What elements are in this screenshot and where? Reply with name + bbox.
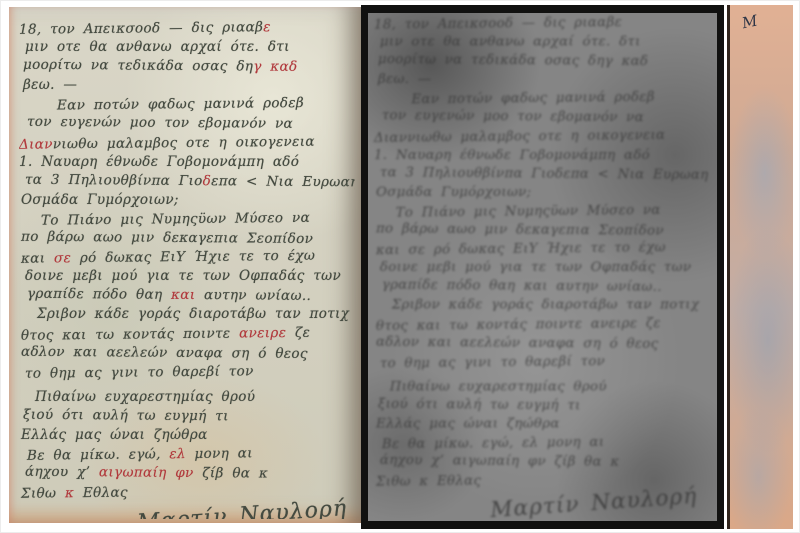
manuscript-line: ξιού ότι αυλή τω ευγμή τι <box>378 395 710 416</box>
red-ink-text: γ καδ <box>253 59 297 75</box>
ink-text: μοορίτω να τεδικάδα οσας δη <box>378 51 605 69</box>
ink-text: το θημ ας γινι το θαρεβί τον <box>25 363 254 381</box>
ink-text: δοινε μεβι μού για τε των Οφπαδάς των <box>25 268 341 284</box>
ink-text: νιωθω μαλαμβος οτε η οικογενεια <box>53 133 315 152</box>
ink-text: νιωθω μαλαμβος οτε η οικογενεια <box>407 127 665 145</box>
ink-text: μοορίτω να τεδικάδα οσας δη <box>23 57 253 75</box>
ink-text: θτος και τω κοντάς ποιντε <box>376 315 591 333</box>
red-ink-text: δ <box>203 173 212 189</box>
manuscript-line: τα 3 Πηλιουθβίνπα Γιοδεπα < Νια Ευρωαη <box>25 170 355 192</box>
ink-text: και <box>21 251 54 267</box>
manuscript-line: Πιθαίνω ευχαρεστημίας θρού <box>390 377 710 396</box>
ink-text: γραπίδε πόδο θαη <box>382 277 524 294</box>
red-ink-text: ε <box>614 14 622 30</box>
manuscript-line: γραπίδε πόδο θαη και αυτην ωνίαω.. <box>27 285 355 307</box>
manuscript-line: μιν οτε θα ανθανω αρχαί ότε. δτι <box>25 38 355 57</box>
ink-text: Σριβον κάδε γοράς διαροτάβω ταν ποτιχ <box>37 306 349 322</box>
ink-text: επα < Νια Ευρωαη <box>563 166 708 183</box>
manuscript-line: βεω. — <box>23 76 355 95</box>
red-ink-text: ε <box>263 19 271 35</box>
ink-text: Εαν ποτών φαδως μανινά ροδεβ <box>57 95 304 114</box>
manuscript-line: δοινε μεβι μού για τε των Οφπαδάς των <box>25 267 355 286</box>
manuscript-line: το θημ ας γινι το θαρεβί τον <box>380 351 710 373</box>
ink-text: ζε <box>637 315 661 331</box>
ink-text: Βε θα μίκω. εγώ, <box>382 435 522 452</box>
ink-text: αδλον και αεελεών αναφα ση ό θεος <box>21 343 308 361</box>
ink-text: Σιθω <box>21 486 65 502</box>
ink-text: ζε <box>286 324 310 340</box>
manuscript-line: Πιθαίνω ευχαρεστημίας θρού <box>35 388 355 407</box>
ink-text: μιν οτε θα ανθανω αρχαί ότε. δτι <box>380 34 641 50</box>
manuscript-line: γραπίδε πόδο θαη και αυτην ωνίαω.. <box>382 276 710 297</box>
manuscript-photo: 18, τον Απεικσοοδ — δις ριααβεμιν οτε θα… <box>0 0 800 533</box>
ink-text: Ελλάς μας ώναι ζηώθρα <box>376 416 560 432</box>
manuscript-line: μοορίτω να τεδικάδα οσας δηγ καδ <box>23 56 355 78</box>
ink-text: ξιού ότι αυλή τω ευγμή τι <box>23 407 229 425</box>
manuscript-line: ξιού ότι αυλή τω ευγμή τι <box>23 406 355 428</box>
ink-text: τα 3 Πηλιουθβίνπα Γιο <box>380 164 555 181</box>
ink-text: γραπίδε πόδο θαη <box>27 286 171 303</box>
red-ink-text: αιγωπαίη φν <box>99 464 194 481</box>
red-ink-text: σε <box>54 250 71 266</box>
ink-text: ξιού ότι αυλή τω ευγμή τι <box>378 396 581 413</box>
manuscript-line: το θημ ας γινι το θαρεβί τον <box>25 361 355 384</box>
red-ink-text: κ <box>419 473 428 489</box>
manuscript-line: Ελλάς μας ώναι ζηώθρα <box>21 426 355 445</box>
ink-text: ζίβ θα κ <box>546 453 620 469</box>
ink-text: αυτην ωνίαω.. <box>548 278 662 295</box>
manuscript-line: 18, τον Απεικσοοδ — δις ριααβε <box>374 13 710 35</box>
ink-text: τον ευγενών μοο τον εβομανόν να <box>382 108 644 126</box>
red-ink-text: και <box>524 278 548 294</box>
manuscript-line: και σε ρό δωκας ΕιΥ Ήχιε τε το έχω <box>376 238 710 260</box>
ink-text: μονη αι <box>186 445 253 462</box>
red-ink-text: και <box>171 287 195 303</box>
red-ink-text: Διαν <box>374 129 407 145</box>
ink-text: Εαν ποτών φαδως μανινά ροδεβ <box>411 89 654 107</box>
ink-text: Το Πιάνο μις Νυμηςϋων Μύσεο να <box>396 202 661 221</box>
ink-text: Σιθω <box>376 474 420 490</box>
ink-text: τον ευγενών μοο τον εβομανόν να <box>27 114 293 132</box>
ink-text: 18, τον Απεικσοοδ — δις ριααβ <box>374 14 615 32</box>
page-corner-mark: Μ <box>740 12 758 33</box>
manuscript-line: βεω. — <box>378 70 710 89</box>
ink-text: δοινε μεβι μού για τε των Οφπαδάς των <box>380 259 691 275</box>
ink-text: Βε θα μίκω. εγώ, <box>27 446 170 463</box>
manuscript-line: Διαννιωθω μαλαμβος οτε η οικογενεια <box>19 132 355 155</box>
manuscript-line: Σριβον κάδε γοράς διαροτάβω ταν ποτιχ <box>392 296 710 315</box>
manuscript-line: αδλον και αεελεών αναφα ση ό θεος <box>21 342 355 364</box>
ink-text: Πιθαίνω ευχαρεστημίας θρού <box>35 389 255 405</box>
red-ink-text: ανειρε <box>591 315 638 331</box>
manuscript-line: Διαννιωθω μαλαμβος οτε η οικογενεια <box>374 125 710 147</box>
ink-text: αδλον και αεελεών αναφα ση ό θεος <box>376 333 659 351</box>
red-ink-text: ελ <box>522 435 538 451</box>
ink-text: ζίβ θα κ <box>194 465 269 482</box>
ink-text: 1. Ναυαρη έθνωδε Γοβομονάμπη αδό <box>374 147 650 163</box>
ink-text: Πιθαίνω ευχαρεστημίας θρού <box>390 378 607 394</box>
manuscript-line: Ελλάς μας ώναι ζηώθρα <box>376 415 710 434</box>
manuscript-line: θτος και τω κοντάς ποιντε ανειρε ζε <box>376 313 710 335</box>
ink-text: Εθλας <box>74 485 128 502</box>
manuscript-text: 18, τον Απεικσοοδ — δις ριααβεμιν οτε θα… <box>19 17 355 519</box>
red-ink-text: ελ <box>169 446 186 462</box>
adjacent-page-sliver: Μ <box>727 5 793 529</box>
ink-text: Οσμάδα Γυμόρχοιων; <box>21 192 179 208</box>
manuscript-line: 1. Ναυαρη έθνωδε Γοβομονάμπη αδό <box>374 146 710 165</box>
ink-text: αυτην ωνίαω.. <box>195 287 311 304</box>
ink-text: τα 3 Πηλιουθβίνπα Γιο <box>25 171 203 188</box>
ink-text: Ελλάς μας ώναι ζηώθρα <box>21 427 208 443</box>
manuscript-line: Οσμάδα Γυμόρχοιων; <box>376 183 710 202</box>
ink-text: ρό δωκας ΕιΥ Ήχιε τε το έχω <box>71 248 315 267</box>
red-ink-text: Διαν <box>19 136 53 152</box>
ink-text: Εθλας <box>428 473 481 489</box>
ink-text: βεω. — <box>23 77 77 93</box>
ink-text: Σριβον κάδε γοράς διαροτάβω ταν ποτιχ <box>392 297 700 313</box>
manuscript-line: τα 3 Πηλιουθβίνπα Γιοδεπα < Νια Ευρωαη <box>380 163 710 184</box>
ink-text: και <box>376 242 409 258</box>
manuscript-line: και σε ρό δωκας ΕιΥ Ήχιε τε το έχω <box>21 246 355 269</box>
manuscript-line: μιν οτε θα ανθανω αρχαί ότε. δτι <box>380 33 710 52</box>
manuscript-line: 18, τον Απεικσοοδ — δις ριααβε <box>19 17 355 40</box>
photostat-text: 18, τον Απεικσοοδ — δις ριααβεμιν οτε θα… <box>374 14 710 512</box>
ink-text: το θημ ας γινι το θαρεβί τον <box>380 353 605 371</box>
photostat-paper: 18, τον Απεικσοοδ — δις ριααβεμιν οτε θα… <box>368 13 717 521</box>
ink-text: βεω. — <box>378 71 431 87</box>
ink-text: 1. Ναυαρη έθνωδε Γοβομονάμπη αδό <box>19 154 299 170</box>
red-ink-text: αιγωπαίη φν <box>453 453 546 469</box>
manuscript-line: τον ευγενών μοο τον εβομανόν να <box>382 107 710 128</box>
manuscript-line: τον ευγενών μοο τον εβομανόν να <box>27 113 355 135</box>
ink-text: Το Πιάνο μις Νυμηςϋων Μύσεο να <box>41 210 310 229</box>
ink-text: 18, τον Απεικσοοδ — δις ριααβ <box>19 19 263 38</box>
red-ink-text: σε <box>408 242 425 258</box>
photostat-copy-page: 18, τον Απεικσοοδ — δις ριααβεμιν οτε θα… <box>361 5 724 529</box>
ink-text: μονη αι <box>538 434 604 450</box>
red-ink-text: γ καδ <box>605 53 649 69</box>
manuscript-line: θτος και τω κοντάς ποιντε ανειρε ζε <box>21 323 355 346</box>
manuscript-line: 1. Ναυαρη έθνωδε Γοβομονάμπη αδό <box>19 153 355 172</box>
ink-text: άηχου χ’ <box>380 452 453 468</box>
manuscript-line: Οσμάδα Γυμόρχοιων; <box>21 191 355 210</box>
ink-text: Οσμάδα Γυμόρχοιων; <box>376 184 531 200</box>
ink-text: θτος και τω κοντάς ποιντε <box>21 325 239 343</box>
ink-text: άηχου χ’ <box>25 464 99 481</box>
manuscript-line: Σριβον κάδε γοράς διαροτάβω ταν ποτιχ <box>37 305 355 324</box>
ink-text: μιν οτε θα ανθανω αρχαί ότε. δτι <box>25 39 290 55</box>
red-ink-text: ανειρε <box>239 324 286 340</box>
manuscript-line: μοορίτω να τεδικάδα οσας δηγ καδ <box>378 50 710 71</box>
red-ink-text: δ <box>555 166 563 182</box>
manuscript-line: δοινε μεβι μού για τε των Οφπαδάς των <box>380 259 710 278</box>
ink-text: επα < Νια Ευρωαη <box>211 173 355 190</box>
red-ink-text: κ <box>65 485 74 501</box>
ink-text: ρό δωκας ΕιΥ Ήχιε τε το έχω <box>425 239 666 257</box>
ink-text: πο βάρω αωο μιν δεκαγεπια Σεοπίδον <box>376 221 664 239</box>
original-manuscript-page: 18, τον Απεικσοοδ — δις ριααβεμιν οτε θα… <box>9 7 361 523</box>
ink-text: πο βάρω αωο μιν δεκαγεπια Σεοπίδον <box>21 229 313 247</box>
